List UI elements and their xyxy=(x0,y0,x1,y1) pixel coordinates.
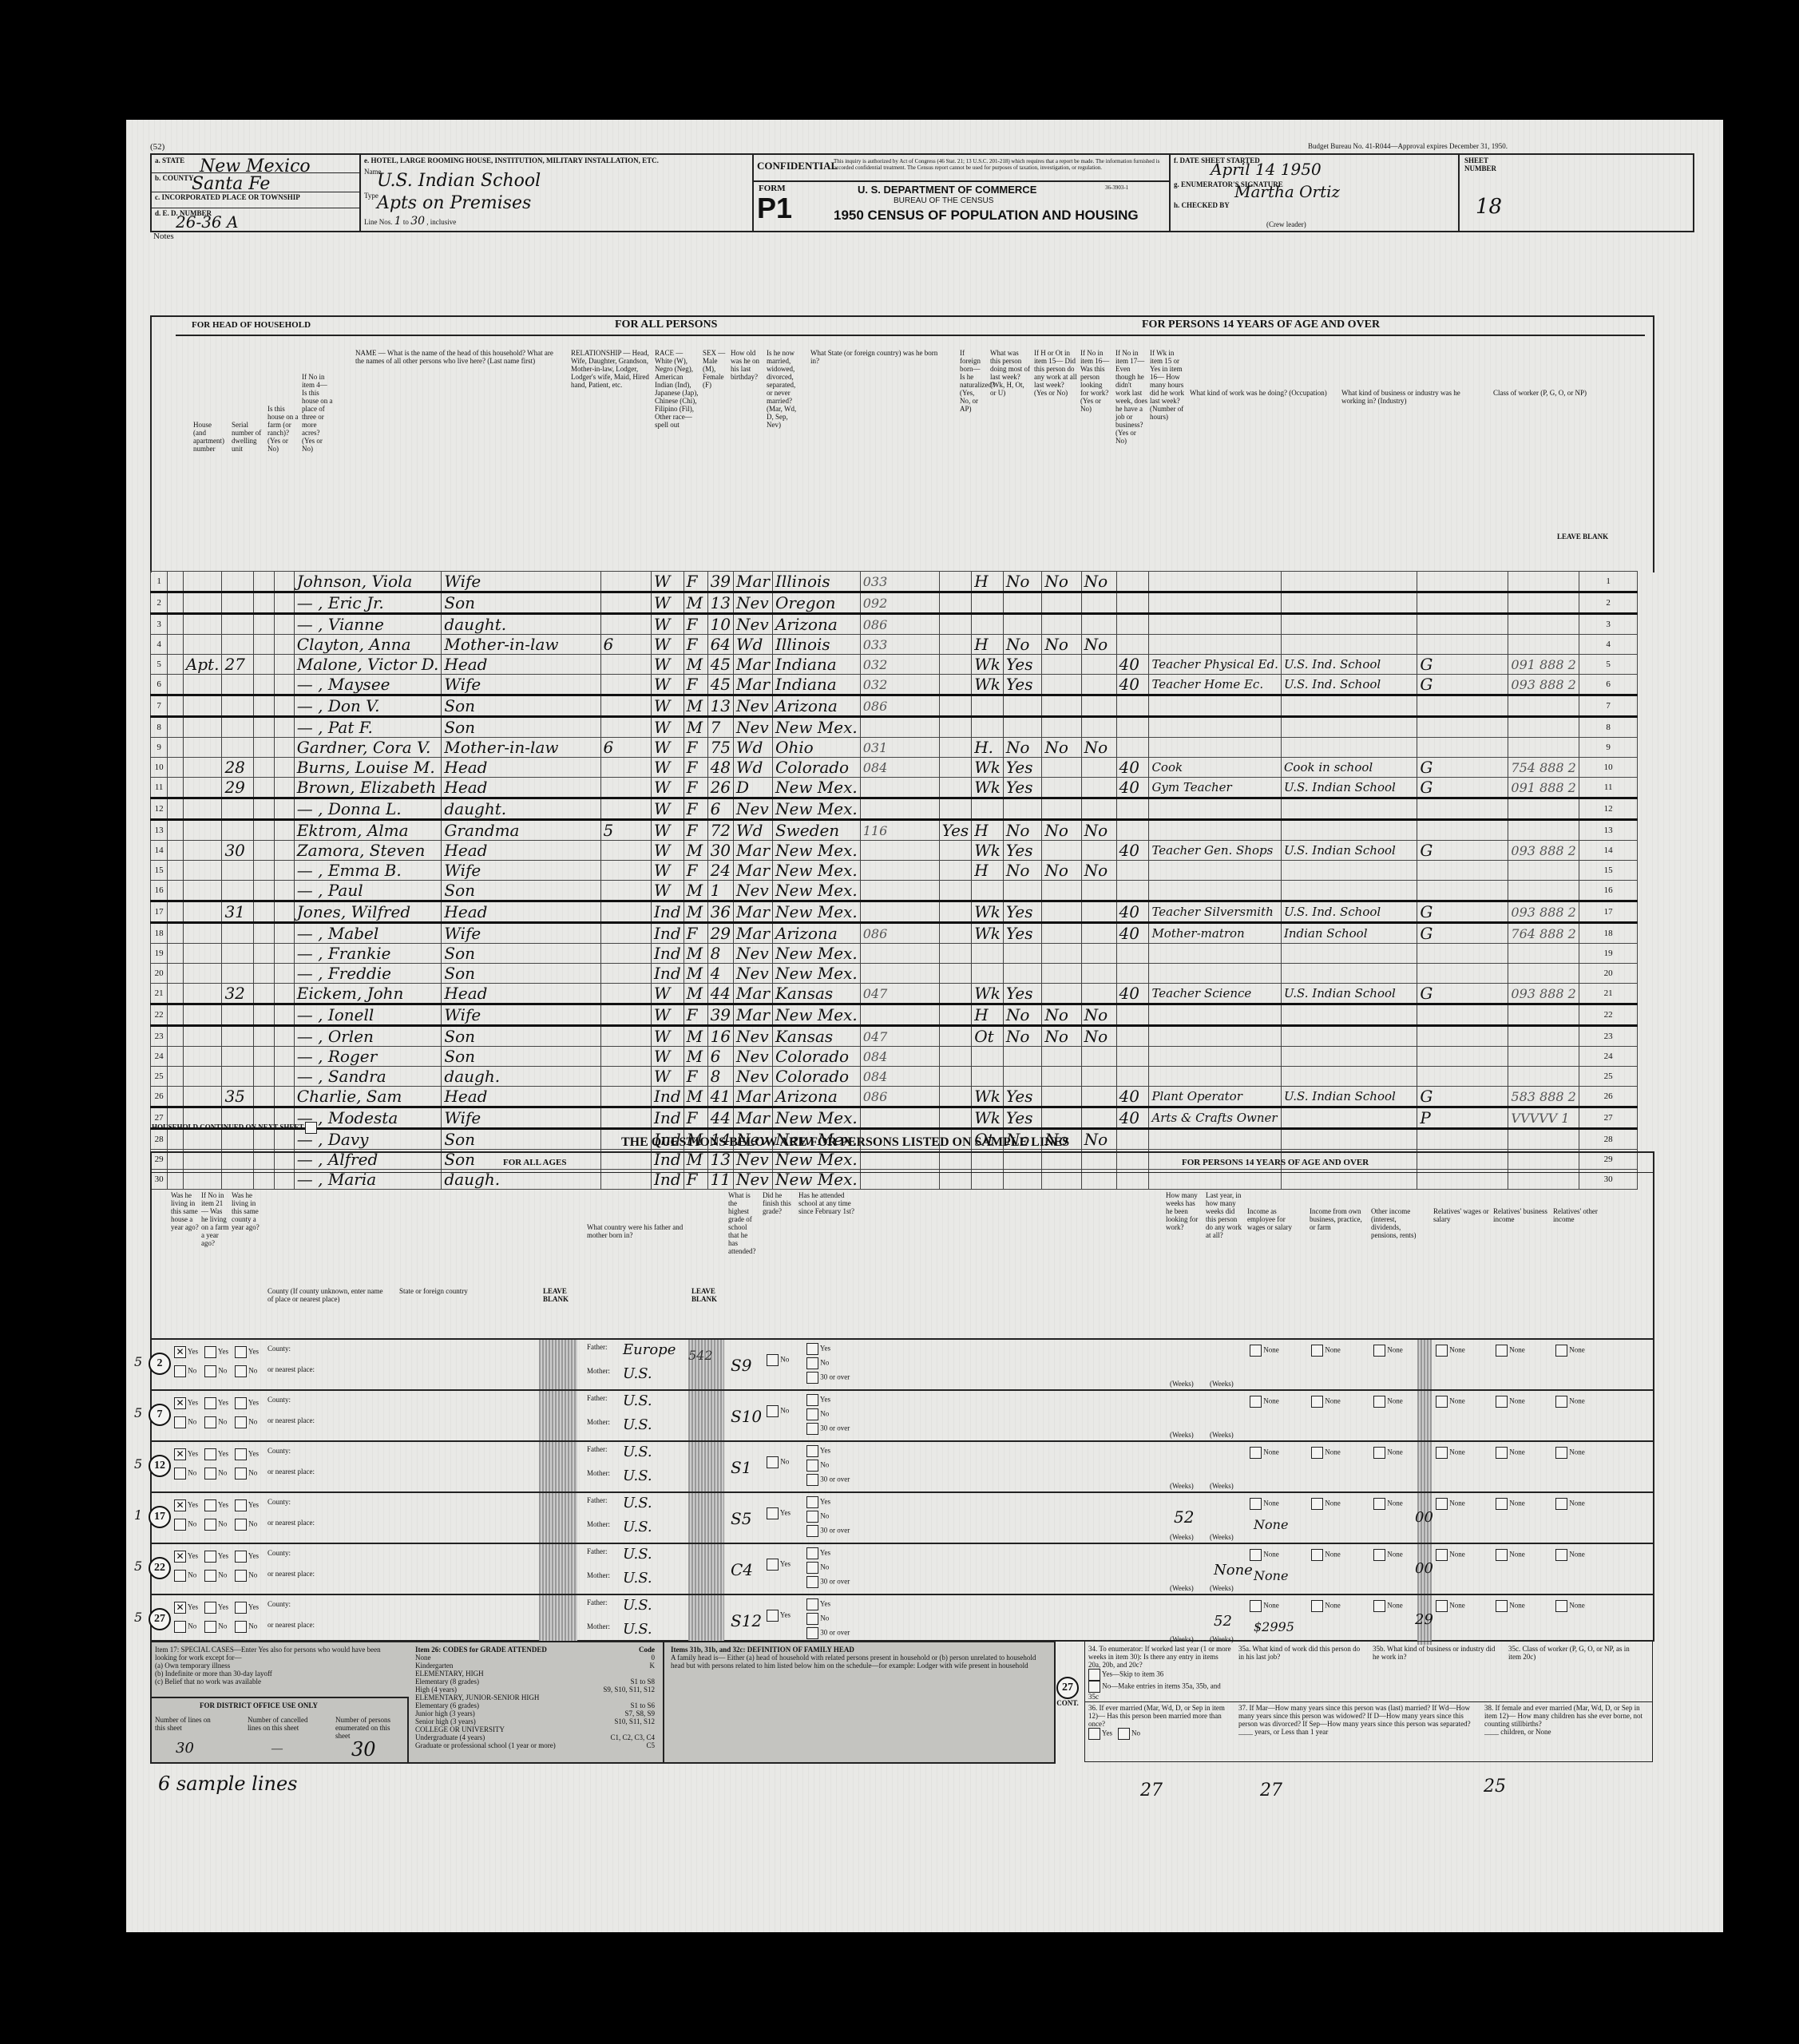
farm-yes-checkbox[interactable] xyxy=(204,1448,216,1460)
sample-section-title: THE QUESTIONS BELOW ARE FOR PERSONS LIST… xyxy=(621,1135,1069,1150)
weeks-label: (Weeks) xyxy=(1210,1380,1234,1388)
cell-b: 116 xyxy=(860,820,939,841)
cell-birthplace: Kansas xyxy=(772,1026,860,1047)
grade-code-row: ELEMENTARY, HIGH xyxy=(415,1670,655,1678)
household-continued: HOUSEHOLD CONTINUED ON NEXT SHEET xyxy=(152,1122,317,1134)
line-number: 9 xyxy=(151,738,168,758)
street-cell xyxy=(168,1087,184,1107)
question-35b: 35b. What kind of business or industry d… xyxy=(1373,1645,1500,1661)
income-31b-none-checkbox[interactable] xyxy=(1311,1498,1323,1510)
income-32a-none-checkbox[interactable] xyxy=(1436,1345,1448,1357)
finished-grade[interactable]: Yes xyxy=(767,1559,791,1571)
income-31b-none-checkbox[interactable] xyxy=(1311,1600,1323,1612)
cell-b xyxy=(860,881,939,901)
income-32c-none-checkbox[interactable] xyxy=(1555,1447,1567,1459)
income-32a-none-checkbox[interactable] xyxy=(1436,1600,1448,1612)
blank-cell xyxy=(253,984,274,1004)
weeks-label: (Weeks) xyxy=(1170,1482,1194,1490)
cell-birthplace: Arizona xyxy=(772,923,860,944)
income-32b-none-checkbox[interactable] xyxy=(1496,1396,1508,1408)
cell-has-job: No xyxy=(1081,738,1116,758)
income-32c-none-checkbox[interactable] xyxy=(1555,1600,1567,1612)
same-house-yes-checkbox[interactable]: ✕ xyxy=(174,1448,186,1460)
cell-a xyxy=(600,614,652,635)
cell-b xyxy=(860,798,939,820)
department: U. S. DEPARTMENT OF COMMERCE xyxy=(858,184,1036,196)
blank-cell xyxy=(274,778,294,798)
leave-blank-e xyxy=(688,1595,724,1645)
street-cell xyxy=(168,944,184,964)
cell-any-work: Yes xyxy=(1003,655,1041,675)
cell-hours xyxy=(1116,881,1149,901)
finished-grade[interactable]: Yes xyxy=(767,1507,791,1519)
cell-any-work xyxy=(1003,1067,1041,1087)
farm-no-checkbox[interactable] xyxy=(204,1621,216,1633)
cell-any-work xyxy=(1003,944,1041,964)
cell-name: — , Eric Jr. xyxy=(294,592,442,614)
cell-name: — , Ionell xyxy=(294,1004,442,1026)
cell-class xyxy=(1417,1026,1508,1047)
cell-marital: Mar xyxy=(734,655,773,675)
col-15-label: What was this person doing most of last … xyxy=(990,349,1030,397)
cell-serial xyxy=(222,614,253,635)
attended-30-over-checkbox[interactable] xyxy=(806,1525,818,1537)
special-cases: Item 17: SPECIAL CASES—Enter Yes also fo… xyxy=(155,1646,402,1686)
sample-line-number: 22 xyxy=(149,1557,171,1579)
cell-sex: M xyxy=(684,841,707,861)
finished-grade[interactable]: No xyxy=(767,1354,789,1366)
line-number-right: 8 xyxy=(1579,717,1638,738)
col-20b-label: What kind of business or industry was he… xyxy=(1341,389,1485,405)
question-35a: 35a. What kind of work did this person d… xyxy=(1238,1645,1366,1661)
same-house-no-checkbox[interactable] xyxy=(174,1365,186,1377)
cell-birthplace: Illinois xyxy=(772,635,860,655)
cell-birthplace: Colorado xyxy=(772,1047,860,1067)
cell-sex: M xyxy=(684,944,707,964)
q34-no-checkbox[interactable] xyxy=(1088,1681,1100,1693)
cell-sex: F xyxy=(684,738,707,758)
weeks-looking: 52 xyxy=(1174,1507,1194,1527)
col-10-label: SEX — Male (M), Female (F) xyxy=(703,349,727,389)
cell-marital: Nev xyxy=(734,614,773,635)
cell-race: Ind xyxy=(652,1107,684,1129)
q34-yes-checkbox[interactable] xyxy=(1088,1669,1100,1681)
highest-grade: S1 xyxy=(731,1458,751,1477)
cell-a xyxy=(600,758,652,778)
cell-birthplace: Illinois xyxy=(772,572,860,592)
cell-codes xyxy=(1508,881,1579,901)
attended-no-checkbox[interactable] xyxy=(806,1562,818,1574)
cell-hours: 40 xyxy=(1116,778,1149,798)
cell-house xyxy=(183,1087,222,1107)
farm-yes-checkbox[interactable] xyxy=(204,1346,216,1358)
form-id: P1 xyxy=(757,192,792,225)
cell-serial xyxy=(222,1026,253,1047)
cell-activity: H xyxy=(972,820,1004,841)
cell-age: 26 xyxy=(707,778,733,798)
income-31a-none-checkbox[interactable] xyxy=(1250,1600,1262,1612)
cell-industry xyxy=(1281,798,1417,820)
income-32c-none-checkbox[interactable] xyxy=(1555,1498,1567,1510)
income-32a-none-checkbox[interactable] xyxy=(1436,1447,1448,1459)
census-sheet: (52) Budget Bureau No. 41-R044—Approval … xyxy=(126,120,1723,1932)
line-number-right: 19 xyxy=(1579,944,1638,964)
cell-b: 086 xyxy=(860,695,939,717)
county-no-checkbox[interactable] xyxy=(235,1365,247,1377)
col-28-label: Has he attended school at any time since… xyxy=(798,1191,862,1215)
same-house-no-checkbox[interactable] xyxy=(174,1468,186,1480)
cell-sex: F xyxy=(684,861,707,881)
street-cell xyxy=(168,614,184,635)
income-32b-none-checkbox[interactable] xyxy=(1496,1549,1508,1561)
cell-serial: 28 xyxy=(222,758,253,778)
income-31b-none-checkbox[interactable] xyxy=(1311,1345,1323,1357)
cell-occupation xyxy=(1149,1047,1282,1067)
income-32b-none-checkbox[interactable] xyxy=(1496,1600,1508,1612)
income-31a-none-checkbox[interactable] xyxy=(1250,1549,1262,1561)
blank-cell xyxy=(253,717,274,738)
cell-nat xyxy=(939,984,972,1004)
cell-a xyxy=(600,923,652,944)
cell-sex: F xyxy=(684,635,707,655)
blank-cell xyxy=(253,964,274,984)
cell-house xyxy=(183,1047,222,1067)
cell-looking: No xyxy=(1042,861,1081,881)
farm-yes-checkbox[interactable] xyxy=(204,1602,216,1614)
cell-name: Clayton, Anna xyxy=(294,635,442,655)
county-yes-checkbox[interactable] xyxy=(235,1602,247,1614)
attended-no-checkbox[interactable] xyxy=(806,1408,818,1420)
cell-has-job: No xyxy=(1081,572,1116,592)
cell-activity: Wk xyxy=(972,901,1004,923)
county-no-checkbox[interactable] xyxy=(235,1570,247,1582)
income-32a-none-checkbox[interactable] xyxy=(1436,1549,1448,1561)
cell-sex: M xyxy=(684,1026,707,1047)
cell-age: 75 xyxy=(707,738,733,758)
income-31a-none-checkbox[interactable] xyxy=(1250,1396,1262,1408)
sample-line-number: 2 xyxy=(149,1353,171,1375)
cell-looking xyxy=(1042,984,1081,1004)
finished-grade[interactable]: Yes xyxy=(767,1610,791,1622)
cell-sex: F xyxy=(684,820,707,841)
county-no-checkbox[interactable] xyxy=(235,1416,247,1428)
blank-cell xyxy=(253,655,274,675)
cell-hours xyxy=(1116,1047,1149,1067)
q36-no-checkbox[interactable] xyxy=(1118,1728,1130,1740)
margin-mark: 5 xyxy=(134,1610,142,1625)
income-32a-none-checkbox[interactable] xyxy=(1436,1498,1448,1510)
same-house-yes-checkbox[interactable]: ✕ xyxy=(174,1346,186,1358)
cell-activity: H xyxy=(972,1004,1004,1026)
cell-birthplace: New Mex. xyxy=(772,798,860,820)
highest-grade: S9 xyxy=(731,1356,751,1375)
cell-a xyxy=(600,1107,652,1129)
finished-grade[interactable]: No xyxy=(767,1405,789,1417)
cell-age: 13 xyxy=(707,695,733,717)
income-32c-none-checkbox[interactable] xyxy=(1555,1345,1567,1357)
line-number-right: 18 xyxy=(1579,923,1638,944)
same-house-no-checkbox[interactable] xyxy=(174,1570,186,1582)
income-31c-none-checkbox[interactable] xyxy=(1373,1447,1385,1459)
income-32b-none-checkbox[interactable] xyxy=(1496,1447,1508,1459)
cell-rel: Head xyxy=(442,901,600,923)
county-no-checkbox[interactable] xyxy=(235,1621,247,1633)
cell-class: G xyxy=(1417,675,1508,695)
attended-yes-checkbox[interactable] xyxy=(806,1598,818,1610)
cell-activity: Wk xyxy=(972,655,1004,675)
county-yes-checkbox[interactable] xyxy=(235,1346,247,1358)
street-cell xyxy=(168,1047,184,1067)
blank-cell xyxy=(274,1047,294,1067)
line-number-right: 23 xyxy=(1579,1026,1638,1047)
question-36: 36. If ever married (Mar, Wd, D, or Sep … xyxy=(1088,1704,1232,1740)
margin-mark: 1 xyxy=(134,1507,142,1523)
attended-no-checkbox[interactable] xyxy=(806,1511,818,1523)
farm-no-checkbox[interactable] xyxy=(204,1416,216,1428)
cell-occupation xyxy=(1149,572,1282,592)
cell-serial: 35 xyxy=(222,1087,253,1107)
cell-any-work: No xyxy=(1003,738,1041,758)
cell-hours: 40 xyxy=(1116,984,1149,1004)
col-25-label: What country were his father and mother … xyxy=(587,1223,691,1239)
cell-birthplace: Kansas xyxy=(772,984,860,1004)
cell-marital: Mar xyxy=(734,984,773,1004)
col-8-label: RELATIONSHIP — Head, Wife, Daughter, Gra… xyxy=(571,349,651,389)
county-no-checkbox[interactable] xyxy=(235,1519,247,1531)
cell-industry: U.S. Ind. School xyxy=(1281,655,1417,675)
tally-mark-3: 25 xyxy=(1484,1777,1506,1796)
income-32b-none-checkbox[interactable] xyxy=(1496,1498,1508,1510)
farm-no-checkbox[interactable] xyxy=(204,1570,216,1582)
persons-enumerated-label: Number of persons enumerated on this she… xyxy=(335,1716,403,1740)
household-continued-checkbox[interactable] xyxy=(305,1122,317,1134)
county-yes-checkbox[interactable] xyxy=(235,1499,247,1511)
q36-yes-checkbox[interactable] xyxy=(1088,1728,1100,1740)
income-31a-none-checkbox[interactable] xyxy=(1250,1447,1262,1459)
cell-activity xyxy=(972,592,1004,614)
cell-hours xyxy=(1116,738,1149,758)
cell-activity xyxy=(972,614,1004,635)
cell-industry xyxy=(1281,635,1417,655)
cell-race: W xyxy=(652,675,684,695)
income-31c-none-checkbox[interactable] xyxy=(1373,1396,1385,1408)
same-house-no-checkbox[interactable] xyxy=(174,1621,186,1633)
cell-class xyxy=(1417,964,1508,984)
cell-codes: 093 888 2 xyxy=(1508,901,1579,923)
leave-blank-f-value: 00 xyxy=(1415,1509,1433,1526)
cell-has-job: No xyxy=(1081,820,1116,841)
cell-name: Malone, Victor D. xyxy=(294,655,442,675)
county-no-checkbox[interactable] xyxy=(235,1468,247,1480)
question-35c: 35c. Class of worker (P, G, O, or NP, as… xyxy=(1508,1645,1636,1661)
street-cell xyxy=(168,841,184,861)
farm-yes-checkbox[interactable] xyxy=(204,1397,216,1409)
income-31c-none-checkbox[interactable] xyxy=(1373,1549,1385,1561)
cell-nat: Yes xyxy=(939,820,972,841)
cell-occupation xyxy=(1149,695,1282,717)
same-house-no-checkbox[interactable] xyxy=(174,1416,186,1428)
cell-race: Ind xyxy=(652,901,684,923)
income-31a-none-checkbox[interactable] xyxy=(1250,1498,1262,1510)
line-number-right: 11 xyxy=(1579,778,1638,798)
farm-no-checkbox[interactable] xyxy=(204,1519,216,1531)
cell-hours: 40 xyxy=(1116,758,1149,778)
budget-note: Budget Bureau No. 41-R044—Approval expir… xyxy=(1308,142,1508,150)
table-row: 1731Jones, WilfredHeadIndM36MarNew Mex.W… xyxy=(151,901,1651,923)
income-31b-none-checkbox[interactable] xyxy=(1311,1396,1323,1408)
same-house-yes-checkbox[interactable]: ✕ xyxy=(174,1551,186,1563)
cell-house xyxy=(183,717,222,738)
cell-b xyxy=(860,717,939,738)
finished-grade[interactable]: No xyxy=(767,1456,789,1468)
cell-b: 084 xyxy=(860,1047,939,1067)
cell-nat xyxy=(939,695,972,717)
attended-30-over-checkbox[interactable] xyxy=(806,1627,818,1639)
cell-rel: Head xyxy=(442,758,600,778)
cell-industry xyxy=(1281,1026,1417,1047)
cell-house xyxy=(183,758,222,778)
attended-30-over-checkbox[interactable] xyxy=(806,1423,818,1435)
district-office-box: FOR DISTRICT OFFICE USE ONLY Number of l… xyxy=(152,1697,409,1764)
attended-yes-checkbox[interactable] xyxy=(806,1445,818,1457)
farm-no-checkbox[interactable] xyxy=(204,1468,216,1480)
cell-birthplace: New Mex. xyxy=(772,964,860,984)
cell-b: 086 xyxy=(860,614,939,635)
population-table: 1Johnson, ViolaWifeWF39MarIllinois033HNo… xyxy=(150,571,1651,1190)
cell-race: W xyxy=(652,820,684,841)
cell-rel: Wife xyxy=(442,923,600,944)
income-31c-none-checkbox[interactable] xyxy=(1373,1498,1385,1510)
county-yes-checkbox[interactable] xyxy=(235,1551,247,1563)
cell-marital: Mar xyxy=(734,841,773,861)
enumerator-signature: Martha Ortiz xyxy=(1234,182,1340,201)
cell-age: 6 xyxy=(707,1047,733,1067)
col-18-label: If No in item 17— Even though he didn't … xyxy=(1115,349,1147,445)
cell-age: 39 xyxy=(707,572,733,592)
attended-30-over-checkbox[interactable] xyxy=(806,1474,818,1486)
cell-occupation xyxy=(1149,944,1282,964)
table-row: 2635Charlie, SamHeadIndM41MarArizona086W… xyxy=(151,1087,1651,1107)
attended-30-over-checkbox[interactable] xyxy=(806,1372,818,1384)
leave-blank-e-value: 542 xyxy=(688,1348,713,1363)
grade-code-row: None0 xyxy=(415,1654,655,1662)
attended-yes-checkbox[interactable] xyxy=(806,1343,818,1355)
same-house-yes-checkbox[interactable]: ✕ xyxy=(174,1602,186,1614)
blank-cell xyxy=(253,944,274,964)
cell-looking: No xyxy=(1042,1026,1081,1047)
col-29-label: How many weeks has he been looking for w… xyxy=(1166,1191,1202,1231)
income-31c-none-checkbox[interactable] xyxy=(1373,1600,1385,1612)
cell-any-work: Yes xyxy=(1003,841,1041,861)
cell-has-job xyxy=(1081,778,1116,798)
cell-name: — , Orlen xyxy=(294,1026,442,1047)
income-32c-none-checkbox[interactable] xyxy=(1555,1396,1567,1408)
cell-looking xyxy=(1042,717,1081,738)
line-number-right: 28 xyxy=(1579,1129,1638,1150)
cell-name: — , Roger xyxy=(294,1047,442,1067)
income-32a-none-checkbox[interactable] xyxy=(1436,1396,1448,1408)
attended-30-over-checkbox[interactable] xyxy=(806,1576,818,1588)
question-37: 37. If Mar—How many years since this per… xyxy=(1238,1704,1478,1736)
cell-industry xyxy=(1281,944,1417,964)
col-24b-label: State or foreign country xyxy=(399,1287,519,1295)
line-number-right: 24 xyxy=(1579,1047,1638,1067)
county-yes-checkbox[interactable] xyxy=(235,1397,247,1409)
cell-codes xyxy=(1508,861,1579,881)
cell-class: G xyxy=(1417,655,1508,675)
cell-name: Zamora, Steven xyxy=(294,841,442,861)
cell-marital: Nev xyxy=(734,717,773,738)
farm-yes-checkbox[interactable] xyxy=(204,1499,216,1511)
footer-instructions: Item 17: SPECIAL CASES—Enter Yes also fo… xyxy=(150,1641,1056,1764)
cell-industry xyxy=(1281,1129,1417,1150)
line-number-right: 2 xyxy=(1579,592,1638,614)
attended-no-checkbox[interactable] xyxy=(806,1613,818,1625)
cell-has-job xyxy=(1081,758,1116,778)
cell-looking xyxy=(1042,944,1081,964)
cell-house xyxy=(183,675,222,695)
income-31b-none-checkbox[interactable] xyxy=(1311,1447,1323,1459)
cell-a xyxy=(600,1047,652,1067)
cell-industry xyxy=(1281,1004,1417,1026)
farm-yes-checkbox[interactable] xyxy=(204,1551,216,1563)
title-block: CONFIDENTIAL This inquiry is authorized … xyxy=(754,155,1171,231)
cell-industry: Indian School xyxy=(1281,923,1417,944)
income-31a-none-checkbox[interactable] xyxy=(1250,1345,1262,1357)
cell-activity: Wk xyxy=(972,758,1004,778)
blank-cell xyxy=(274,1067,294,1087)
same-house-yes-checkbox[interactable]: ✕ xyxy=(174,1499,186,1511)
income-32b-none-checkbox[interactable] xyxy=(1496,1345,1508,1357)
attended-yes-checkbox[interactable] xyxy=(806,1496,818,1508)
cell-hours: 40 xyxy=(1116,923,1149,944)
mother-birthplace: U.S. xyxy=(623,1519,652,1535)
income-32c-none-checkbox[interactable] xyxy=(1555,1549,1567,1561)
cell-name: Brown, Elizabeth xyxy=(294,778,442,798)
attended-no-checkbox[interactable] xyxy=(806,1460,818,1472)
cell-age: 39 xyxy=(707,1004,733,1026)
cell-a xyxy=(600,901,652,923)
income-31c-none-checkbox[interactable] xyxy=(1373,1345,1385,1357)
line-number: 15 xyxy=(151,861,168,881)
attended-yes-checkbox[interactable] xyxy=(806,1394,818,1406)
farm-no-checkbox[interactable] xyxy=(204,1365,216,1377)
cell-birthplace: Colorado xyxy=(772,1067,860,1087)
cell-hours xyxy=(1116,717,1149,738)
street-cell xyxy=(168,984,184,1004)
line-number-right: 12 xyxy=(1579,798,1638,820)
attended-yes-checkbox[interactable] xyxy=(806,1547,818,1559)
cell-nat xyxy=(939,592,972,614)
sample-line-number: 27 xyxy=(149,1608,171,1630)
same-house-yes-checkbox[interactable]: ✕ xyxy=(174,1397,186,1409)
mother-label: Mother: xyxy=(587,1622,610,1630)
same-house-no-checkbox[interactable] xyxy=(174,1519,186,1531)
institution-label: e. HOTEL, LARGE ROOMING HOUSE, INSTITUTI… xyxy=(364,156,659,164)
attended-no-checkbox[interactable] xyxy=(806,1357,818,1369)
line-number: 25 xyxy=(151,1067,168,1087)
county-yes-checkbox[interactable] xyxy=(235,1448,247,1460)
income-31b-none-checkbox[interactable] xyxy=(1311,1549,1323,1561)
street-cell xyxy=(168,592,184,614)
cell-hours xyxy=(1116,820,1149,841)
nearest-place-label: or nearest place: xyxy=(267,1416,315,1424)
cell-name: — , Donna L. xyxy=(294,798,442,820)
cell-name: Eickem, John xyxy=(294,984,442,1004)
cell-hours xyxy=(1116,614,1149,635)
blank-cell xyxy=(253,614,274,635)
cell-race: W xyxy=(652,695,684,717)
